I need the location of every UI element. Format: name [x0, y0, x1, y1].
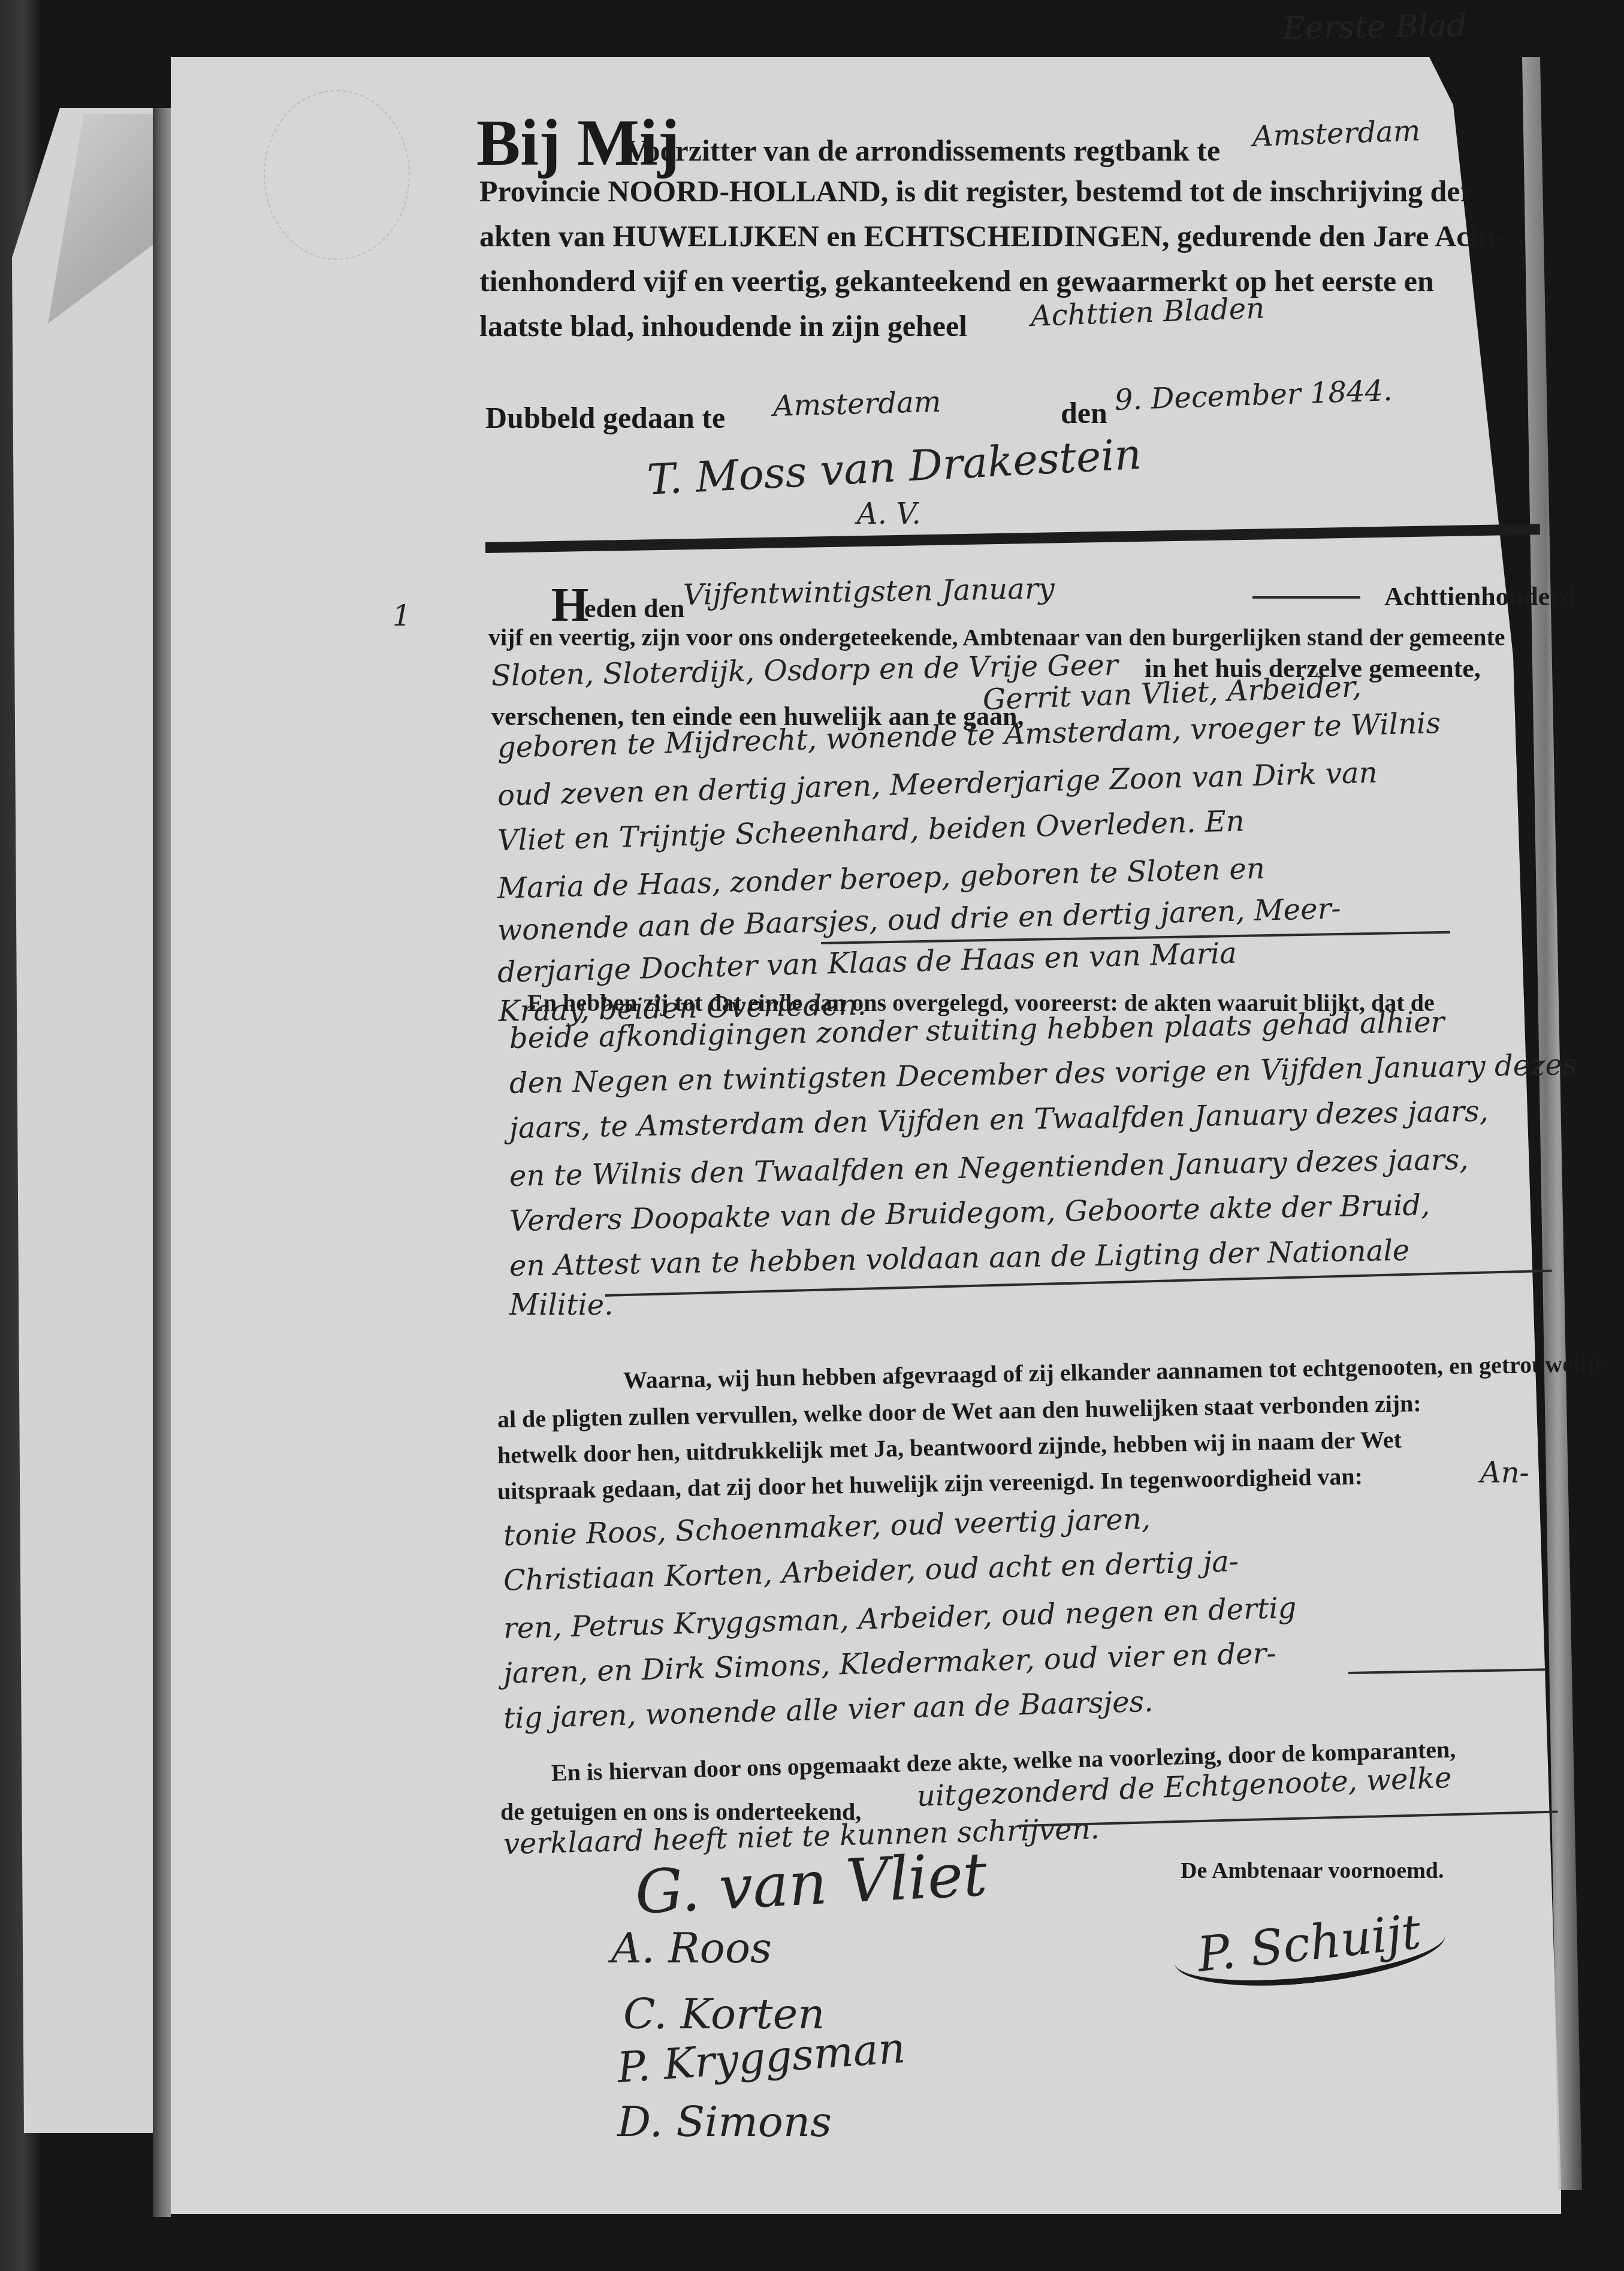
act-year-2: vijf en veertig, zijn voor ons ondergete…: [488, 623, 1505, 651]
dated-den: den: [1061, 395, 1107, 430]
book-spine: [153, 108, 171, 2217]
header-note: Eerste Blad: [1282, 8, 1467, 47]
witness-signature-4: D. Simons: [617, 2097, 832, 2146]
president-signature-sub: A. V.: [857, 497, 921, 531]
preamble-city: Amsterdam: [1252, 114, 1421, 153]
preamble-line-4: tienhonderd vijf en veertig, gekanteeken…: [479, 264, 1434, 298]
preamble-line-1: Voorzitter van de arrondissements regtba…: [626, 133, 1220, 168]
preamble-line-5: laatste blad, inhoudende in zijn geheel: [479, 309, 967, 343]
official-label: De Ambtenaar voornoemd.: [1181, 1858, 1444, 1884]
dated-place: Amsterdam: [772, 385, 941, 423]
act-opening-text: eden den: [584, 593, 684, 624]
documents-line-7: Militie.: [509, 1288, 614, 1322]
dated-label: Dubbeld gedaan te: [485, 400, 725, 435]
act-day: Vijfentwintigsten January: [683, 572, 1055, 612]
witness-signature-1: A. Roos: [611, 1923, 772, 1973]
act-year-1: Achttienhonderd: [1384, 581, 1576, 612]
fill-line: [1252, 596, 1360, 599]
act-number: 1: [393, 599, 411, 633]
declaration-hand-start: An-: [1480, 1456, 1529, 1490]
embossed-seal: [264, 90, 410, 260]
previous-page-flap: [12, 108, 174, 2133]
preamble-line-3: akten van HUWELIJKEN en ECHTSCHEIDINGEN,…: [479, 219, 1507, 253]
preamble-line-2: Provincie NOORD-HOLLAND, is dit register…: [479, 174, 1474, 209]
